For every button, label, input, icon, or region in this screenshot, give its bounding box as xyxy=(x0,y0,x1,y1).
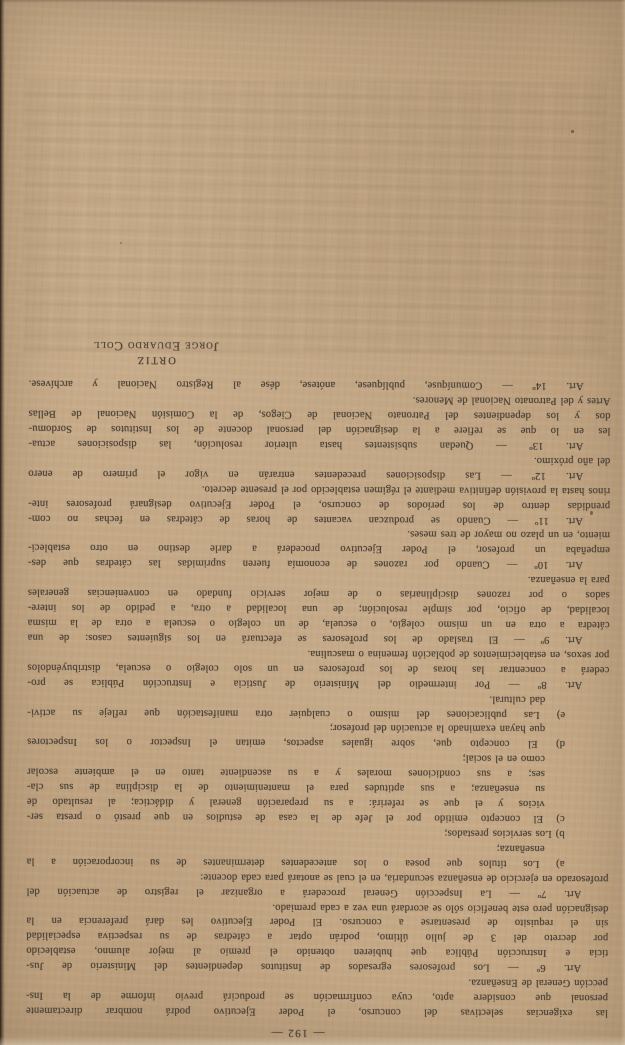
decree-line: d) El concepto que, sobre iguales aspect… xyxy=(27,733,609,750)
decree-line: sados o por razones disciplinarias o de … xyxy=(28,584,610,601)
decree-line: Art. 11º — Cuando se produzcan vacantes … xyxy=(28,509,610,526)
decree-line: su enseñanza; a sus aptitudes para el ma… xyxy=(27,778,609,795)
paper-speck xyxy=(352,642,354,644)
paper-speck xyxy=(590,511,593,515)
decree-line: Art. 6º — Los profesores egresados de In… xyxy=(26,957,608,974)
decree-line: prendidas dentro de los períodos de conc… xyxy=(28,494,610,511)
decree-line: ses; a sus condiciones morales y a su as… xyxy=(27,763,609,780)
decree-line: por decreto del 3 de julio último, podrá… xyxy=(26,927,608,944)
decree-line: Art. 12º — Las disposiciones precedentes… xyxy=(28,465,610,482)
decree-line: Art. 14º — Comuníquse, publíquese, anóte… xyxy=(29,375,611,392)
decree-line: a) Los títulos que posea o los anteceden… xyxy=(26,853,608,870)
decree-line: Art. 9º — El traslado de los profesores … xyxy=(27,629,609,646)
decree-line: Art. 13º — Quedan subsistentes hasta ult… xyxy=(28,435,610,452)
paper-speck xyxy=(120,242,122,244)
decree-line: empeñaba un profesor, el Poder Ejecutivo… xyxy=(28,539,610,556)
decree-line: cederá a concentrar las horas de los pro… xyxy=(27,659,609,676)
decree-line: c) El concepto emitido por el Jefe de la… xyxy=(27,808,609,825)
decree-line: sin el requisito de presentarse a concur… xyxy=(26,912,608,929)
signature-president: ORTIZ xyxy=(58,354,254,366)
scan-edge-highlight-bottom xyxy=(0,1036,625,1045)
decree-line: cátedra a otra en un mismo colegio, o es… xyxy=(28,614,610,631)
decree-line: vicios y el que se referirá: a su prepar… xyxy=(27,793,609,810)
decree-body: las exigencias selectivas del concurso, … xyxy=(26,375,611,1019)
scanned-page: — 192 — las exigencias selectivas del co… xyxy=(0,0,625,1045)
decree-line: Art. 8º — Por intermedio del Ministerio … xyxy=(27,674,609,691)
decree-line: dos y los dependientes del Patronato Nac… xyxy=(28,405,610,422)
decree-line: Art. 10º — Cuando por razones de economí… xyxy=(28,554,610,571)
paper-speck xyxy=(571,130,574,133)
decree-line: e) Las publicaciones del mismo o cualqui… xyxy=(27,703,609,720)
decree-line: ticia e Instrucción Pública que hubieren… xyxy=(26,942,608,959)
decree-line: les en lo que se refiere a la designació… xyxy=(28,420,610,437)
scan-edge-shadow-top xyxy=(0,0,625,3)
decree-line: b) Los servicios prestados; xyxy=(27,823,609,840)
decree-line: las exigencias selectivas del concurso, … xyxy=(26,1002,608,1019)
scan-edge-shadow-left xyxy=(0,0,5,1045)
scan-edge-highlight-right xyxy=(621,0,625,1045)
reverse-side-bleedthrough xyxy=(23,80,607,355)
decree-line: personal que considere apto, cuya confir… xyxy=(26,987,608,1004)
decree-line: Art. 7º — La Inspección General proceder… xyxy=(26,882,608,899)
rotated-page-content: — 192 — las exigencias selectivas del co… xyxy=(0,0,625,1045)
decree-line: localidad, de oficio, por simple resoluc… xyxy=(28,599,610,616)
